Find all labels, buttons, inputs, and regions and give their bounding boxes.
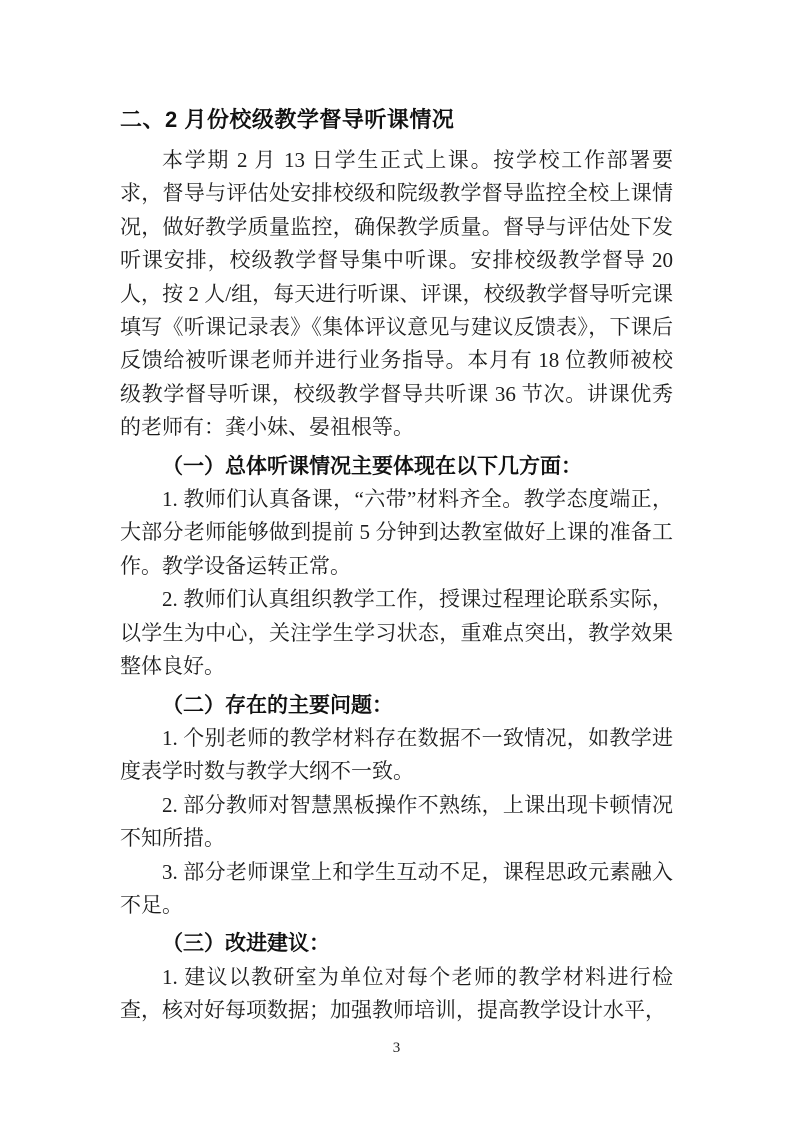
paragraph-suggestion-1: 1. 建议以教研室为单位对每个老师的教学材料进行检查，核对好每项数据；加强教师培… [120,961,673,1028]
paragraph-problem-1: 1. 个别老师的教学材料存在数据不一致情况，如教学进度表学时数与教学大纲不一致。 [120,722,673,789]
paragraph-overall-item-1: 1. 教师们认真备课，“六带”材料齐全。教学态度端正，大部分老师能够做到提前 5… [120,483,673,583]
paragraph-overall-item-2: 2. 教师们认真组织教学工作，授课过程理论联系实际，以学生为中心，关注学生学习状… [120,583,673,683]
paragraph-problem-2: 2. 部分教师对智慧黑板操作不熟练，上课出现卡顿情况不知所措。 [120,789,673,856]
page-number: 3 [0,1038,793,1058]
document-page: 二、2 月份校级教学督导听课情况 本学期 2 月 13 日学生正式上课。按学校工… [0,0,793,1122]
paragraph-overview: 本学期 2 月 13 日学生正式上课。按学校工作部署要求，督导与评估处安排校级和… [120,144,673,445]
section-title: 二、2 月份校级教学督导听课情况 [120,103,673,137]
paragraph-problem-3: 3. 部分老师课堂上和学生互动不足，课程思政元素融入不足。 [120,856,673,923]
subheading-main-problems: （二）存在的主要问题： [120,689,673,722]
document-content: 二、2 月份校级教学督导听课情况 本学期 2 月 13 日学生正式上课。按学校工… [120,103,673,1028]
subheading-improvement-suggestions: （三）改进建议： [120,927,673,960]
subheading-overall-situation: （一）总体听课情况主要体现在以下几方面： [120,450,673,483]
